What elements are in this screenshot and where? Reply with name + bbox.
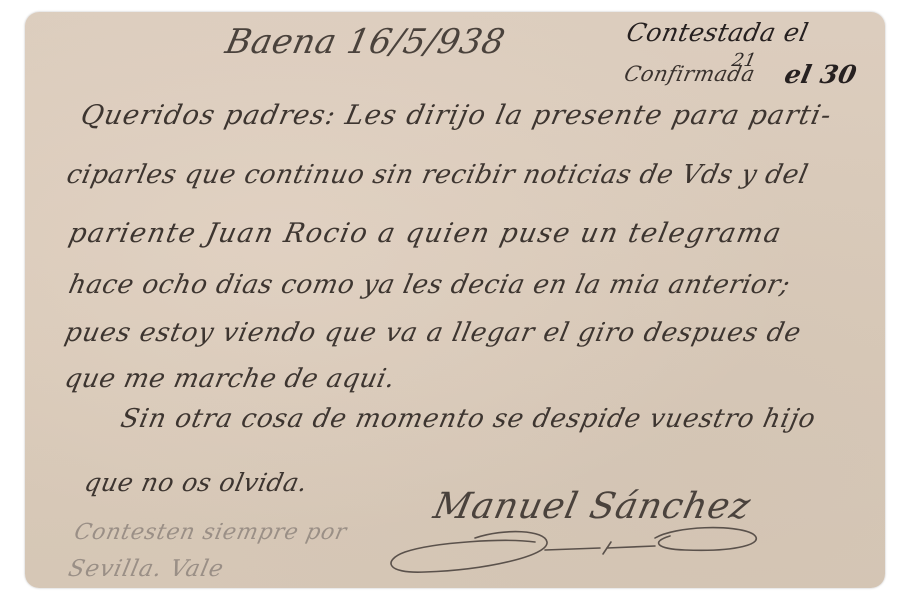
annotation-confirmed-date: el 30 [782,60,860,89]
body-line-5: pues estoy viendo que va a llegar el gir… [62,318,804,348]
body-line-4: hace ocho dias como ya les decia en la m… [66,270,793,300]
pencil-note-line-1: Contesten siempre por [72,520,349,545]
place-date: Baena 16/5/938 [222,22,509,62]
closing-line-1: Sin otra cosa de momento se despide vues… [118,404,819,434]
pencil-note-line-2: Sevilla. Vale [66,556,226,582]
annotation-answered: Contestada el [624,18,811,47]
signature-flourish [385,520,775,585]
body-line-2: ciparles que continuo sin recibir notici… [64,160,811,190]
body-line-6: que me marche de aqui. [62,364,398,394]
body-line-3: pariente Juan Rocio a quien puse un tele… [66,218,785,249]
closing-line-2: que no os olvida. [82,468,310,497]
annotation-confirmed: Confirmada [622,62,757,86]
body-line-1: Queridos padres: Les dirijo la presente … [78,100,835,131]
